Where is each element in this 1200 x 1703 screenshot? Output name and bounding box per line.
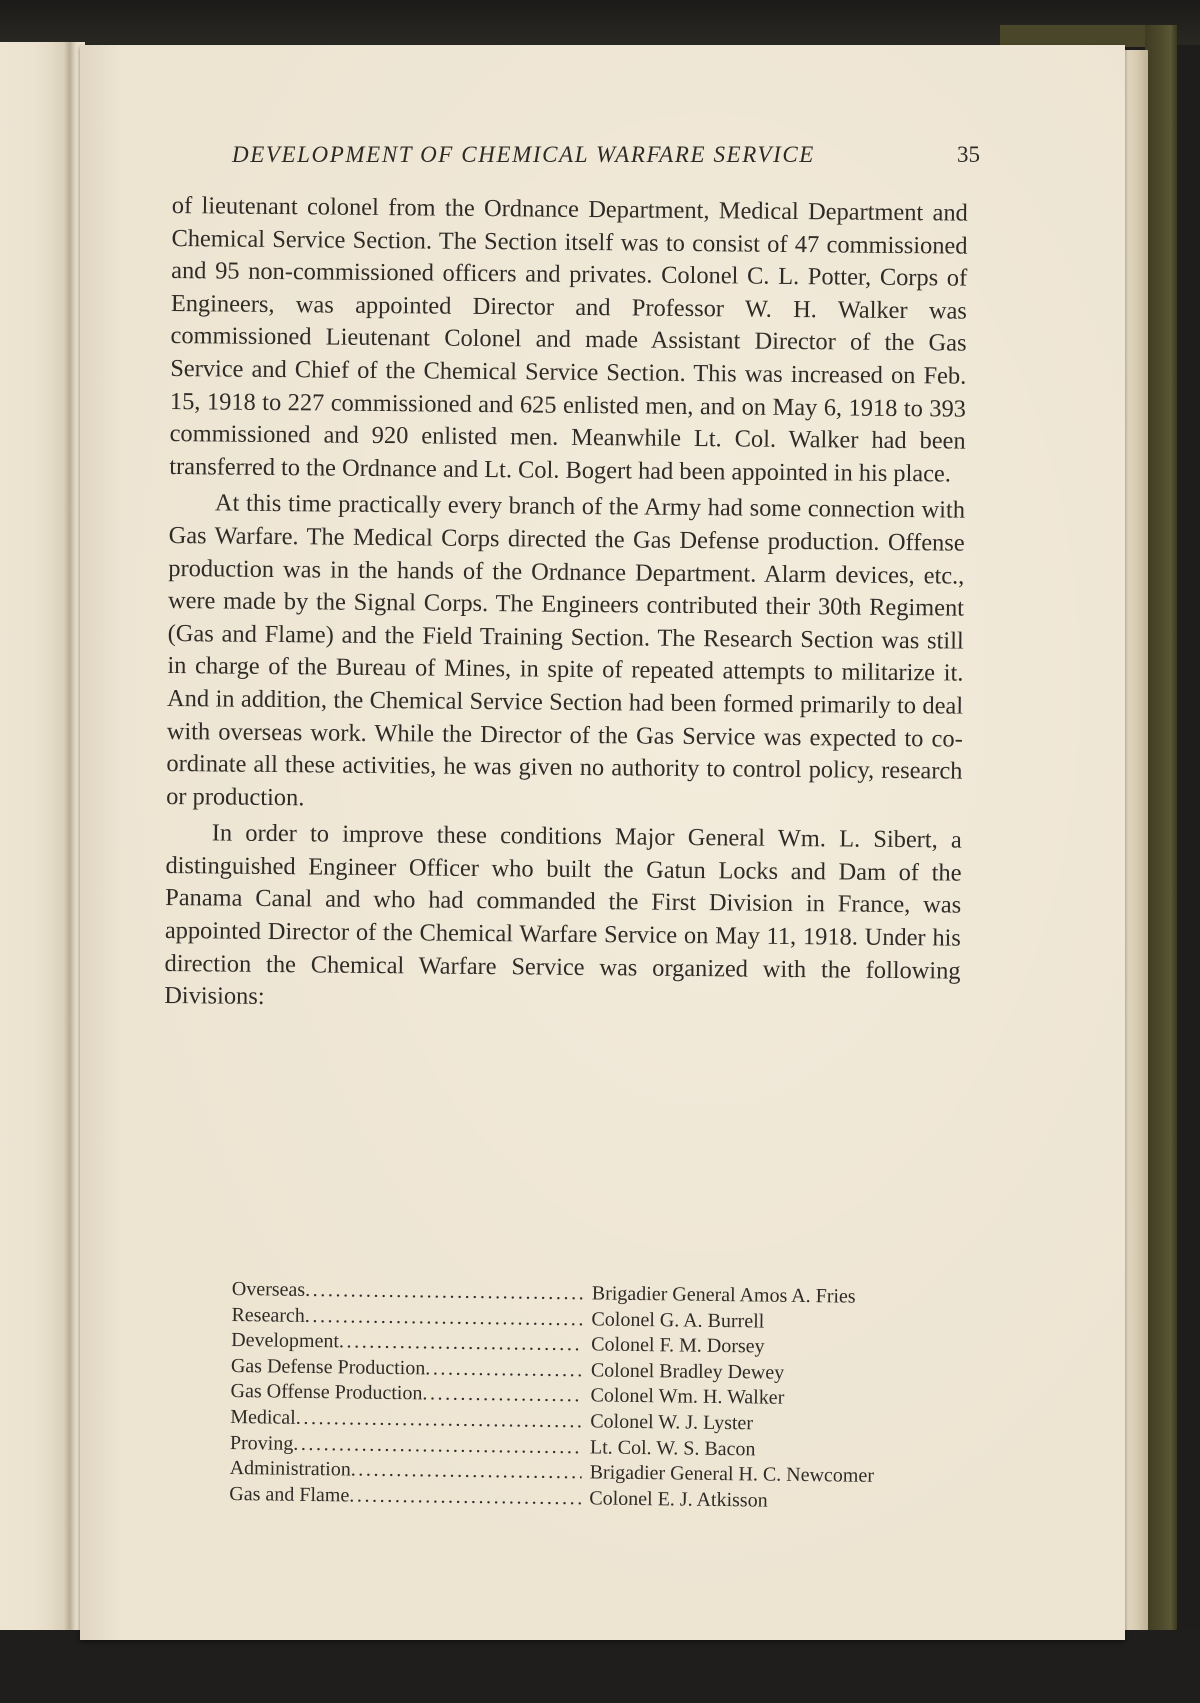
- division-head: Colonel Wm. H. Walker: [582, 1384, 784, 1412]
- division-name: Administration: [230, 1457, 351, 1480]
- book-cover-binding: [1145, 25, 1177, 1630]
- leader-dots: ........................................…: [305, 1304, 584, 1330]
- division-head: Lt. Col. W. S. Bacon: [582, 1435, 756, 1463]
- division-head: Colonel Bradley Dewey: [583, 1358, 785, 1386]
- division-head: Colonel E. J. Atkisson: [581, 1486, 768, 1514]
- running-head: DEVELOPMENT OF CHEMICAL WARFARE SERVICE …: [232, 142, 992, 176]
- division-head: Brigadier General Amos A. Fries: [584, 1281, 856, 1310]
- division-name: Proving: [230, 1432, 294, 1455]
- page-number: 35: [957, 142, 980, 168]
- running-head-title: DEVELOPMENT OF CHEMICAL WARFARE SERVICE: [232, 142, 815, 168]
- division-head: Colonel F. M. Dorsey: [583, 1332, 765, 1360]
- division-name: Overseas: [232, 1278, 306, 1301]
- division-name: Gas Defense Production: [231, 1355, 426, 1379]
- paragraph-3: In order to improve these conditions Maj…: [164, 817, 962, 1020]
- paragraph-2: At this time practically every branch of…: [166, 487, 965, 821]
- division-name: Gas Offense Production: [230, 1380, 422, 1404]
- leader-dots: ........................................…: [296, 1407, 583, 1433]
- leader-dots: ........................................…: [425, 1357, 583, 1383]
- division-name: Medical: [230, 1406, 296, 1429]
- scan-background-bottom: [0, 1630, 1200, 1703]
- leader-dots: ........................................…: [349, 1484, 581, 1510]
- leader-dots: ........................................…: [305, 1279, 584, 1305]
- leader-dots: ........................................…: [339, 1331, 584, 1357]
- division-head: Brigadier General H. C. Newcomer: [581, 1460, 874, 1489]
- division-name: Research: [231, 1304, 305, 1327]
- division-name: Development: [231, 1329, 339, 1352]
- leader-dots: ........................................…: [351, 1459, 582, 1485]
- body-text: of lieutenant colonel from the Ordnance …: [164, 190, 968, 1024]
- division-head: Colonel G. A. Burrell: [583, 1307, 764, 1335]
- leader-dots: ........................................…: [422, 1383, 582, 1409]
- leader-dots: ........................................…: [293, 1432, 582, 1458]
- paragraph-1: of lieutenant colonel from the Ordnance …: [169, 190, 968, 491]
- left-gutter-page-edge: [0, 42, 85, 1642]
- division-name: Gas and Flame: [229, 1483, 349, 1506]
- divisions-list: Overseas................................…: [229, 1277, 932, 1516]
- division-head: Colonel W. J. Lyster: [582, 1409, 753, 1437]
